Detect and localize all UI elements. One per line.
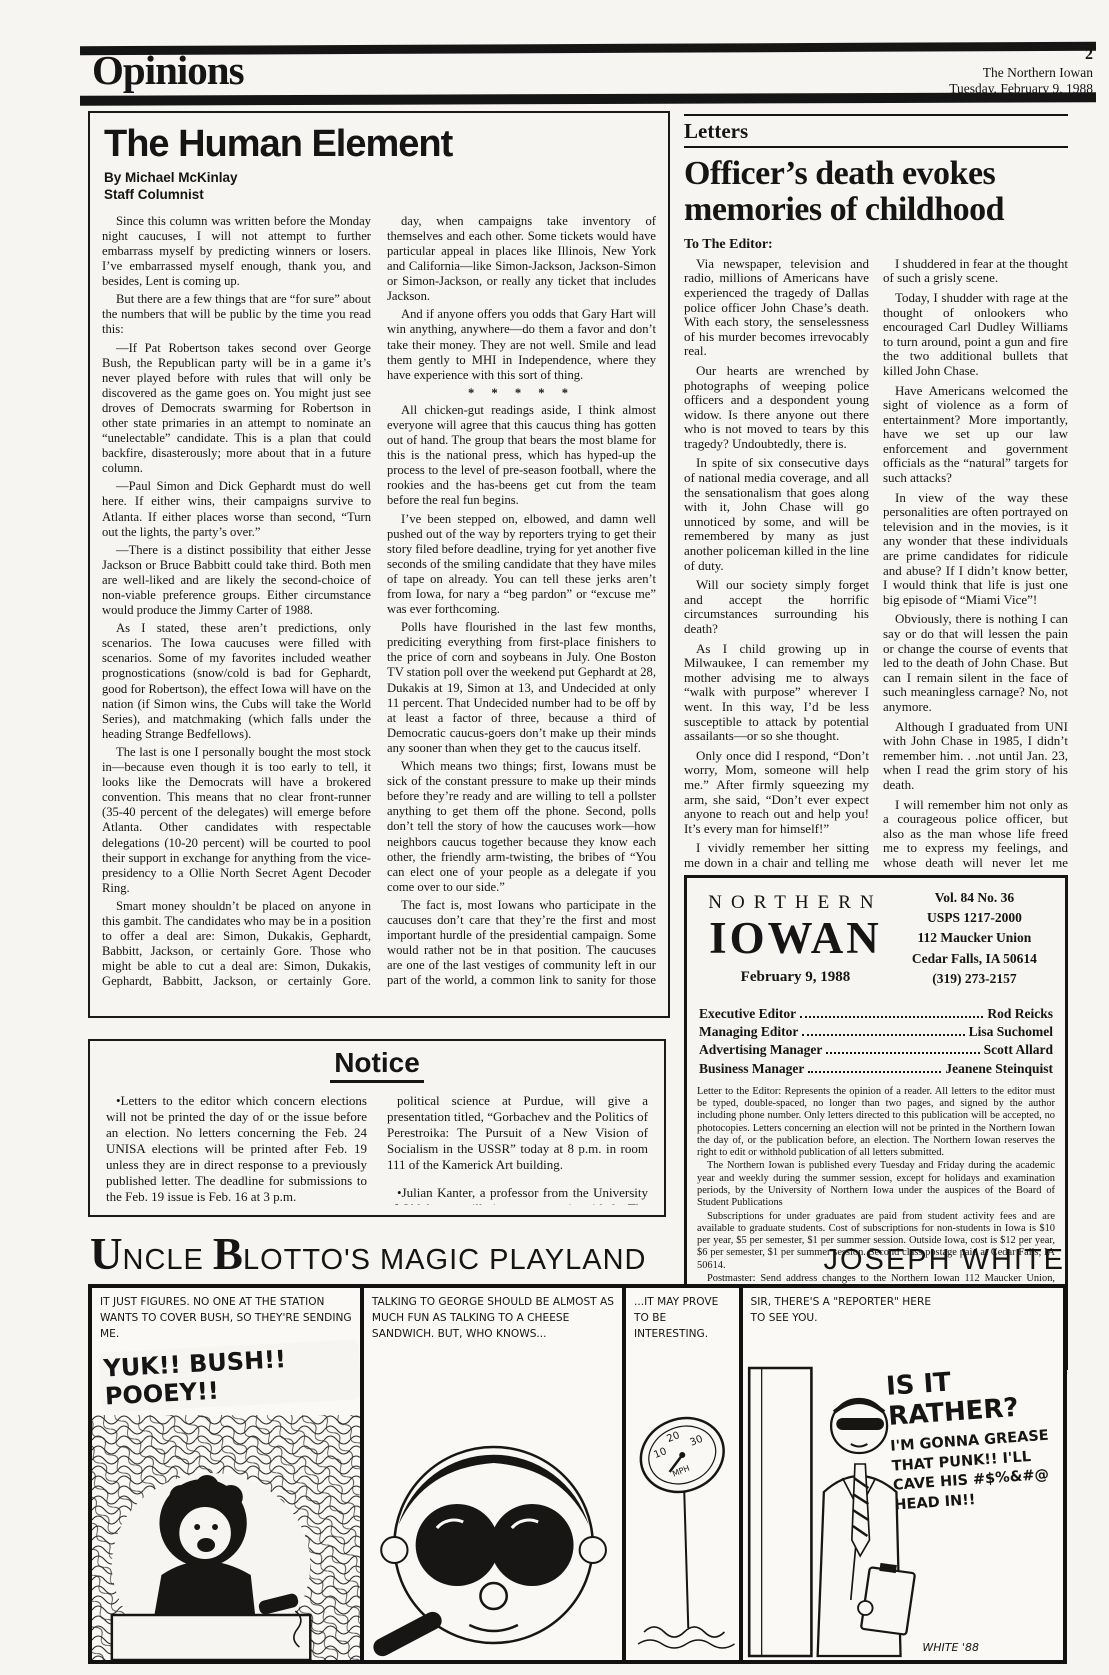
- staff-role: Executive Editor: [699, 1005, 796, 1023]
- letter-paragraph: I vividly remember her sitting me down i…: [684, 841, 869, 868]
- letter-columns: Via newspaper, television and radio, mil…: [684, 257, 1068, 869]
- article-paragraph: But there are a few things that are “for…: [102, 292, 371, 337]
- notice-item: political science at Purdue, will give a…: [387, 1093, 648, 1173]
- letter-headline: Officer’s death evokes memories of child…: [684, 156, 1068, 229]
- human-element-article: The Human Element By Michael McKinlay St…: [88, 111, 670, 1018]
- comic-title-row: UNCLE BLOTTO'S MAGIC PLAYLAND JOSEPH WHI…: [88, 1228, 1067, 1284]
- article-paragraph: And if anyone offers you odds that Gary …: [387, 307, 656, 382]
- letter-column-1: Via newspaper, television and radio, mil…: [684, 257, 869, 869]
- masthead-name-line2: IOWAN: [697, 916, 894, 961]
- page-number: 2: [949, 46, 1093, 65]
- dot-leader: [826, 1052, 979, 1054]
- article-column-2: day, when campaigns take inventory of th…: [387, 214, 656, 988]
- staff-role: Business Manager: [699, 1060, 804, 1078]
- article-paragraph: As I stated, these aren’t predictions, o…: [102, 621, 371, 742]
- letter-paragraph: Obviously, there is nothing I can say or…: [883, 612, 1068, 714]
- staff-row: Business Manager Jeanene Steinquist: [699, 1060, 1053, 1078]
- notice-title: Notice: [106, 1047, 648, 1083]
- dot-leader: [800, 1016, 983, 1018]
- headline-line-2: memories of childhood: [684, 191, 1004, 228]
- article-paragraph: I’ve been stepped on, elbowed, and damn …: [387, 512, 656, 618]
- panel4-caption: SIR, THERE'S A "REPORTER" HERE TO SEE YO…: [751, 1295, 940, 1327]
- panel2-caption: TALKING TO GEORGE SHOULD BE ALMOST AS MU…: [372, 1295, 614, 1343]
- header-bottom-rule: [80, 92, 1096, 106]
- staff-name: Jeanene Steinquist: [945, 1060, 1053, 1078]
- masthead-address-line2: Cedar Falls, IA 50614: [894, 949, 1055, 969]
- comic-panels: IT JUST FIGURES. NO ONE AT THE STATION W…: [88, 1284, 1067, 1664]
- staff-row: Executive Editor Rod Reicks: [699, 1005, 1053, 1023]
- letter-paragraph: Our hearts are wrenched by photographs o…: [684, 364, 869, 452]
- staff-list: Executive Editor Rod Reicks Managing Edi…: [699, 1005, 1053, 1078]
- uncle-blotto-drawing: [92, 1415, 360, 1660]
- section-title: Opinions: [92, 46, 244, 94]
- letter-paragraph: Although I graduated from UNI with John …: [883, 720, 1068, 793]
- staff-name: Rod Reicks: [987, 1005, 1053, 1023]
- byline-role: Staff Columnist: [104, 187, 656, 204]
- comic-panel-1: IT JUST FIGURES. NO ONE AT THE STATION W…: [92, 1288, 364, 1660]
- byline-author: By Michael McKinlay: [104, 170, 656, 187]
- article-paragraph: All chicken-gut readings aside, I think …: [387, 403, 656, 509]
- masthead-usps: USPS 1217-2000: [894, 908, 1055, 928]
- staff-name: Lisa Suchomel: [969, 1023, 1053, 1041]
- clock-gauge-drawing: 10 20 30 MPH: [626, 1360, 739, 1660]
- staff-row: Advertising Manager Scott Allard: [699, 1041, 1053, 1059]
- comic-panel-3: ...IT MAY PROVE TO BE INTERESTING. 10 20…: [626, 1288, 743, 1660]
- fine-print-paragraph: Letter to the Editor: Represents the opi…: [697, 1086, 1055, 1160]
- article-byline: By Michael McKinlay Staff Columnist: [104, 170, 656, 204]
- headline-line-1: Officer’s death evokes: [684, 155, 995, 192]
- letter-paragraph: In spite of six consecutive days of nati…: [684, 456, 869, 573]
- masthead-name-line1: NORTHERN: [697, 892, 894, 914]
- letter-paragraph: As I child growing up in Milwaukee, I ca…: [684, 642, 869, 744]
- masthead-top: NORTHERN IOWAN February 9, 1988 Vol. 84 …: [697, 884, 1055, 989]
- dot-leader: [802, 1034, 964, 1036]
- article-paragraph: —There is a distinct possibility that ei…: [102, 543, 371, 618]
- comic-panel-4: SIR, THERE'S A "REPORTER" HERE TO SEE YO…: [743, 1288, 1063, 1660]
- notice-column-2: political science at Purdue, will give a…: [387, 1093, 648, 1205]
- letter-paragraph: Will our society simply forget and accep…: [684, 578, 869, 636]
- article-paragraph: The fact is, most Iowans who participate…: [387, 898, 656, 988]
- article-paragraph: day, when campaigns take inventory of th…: [387, 214, 656, 305]
- staff-role: Managing Editor: [699, 1023, 798, 1041]
- article-paragraph: The last is one I personally bought the …: [102, 745, 371, 896]
- section-break-stars: * * * * *: [387, 386, 656, 401]
- comic-panel-2: TALKING TO GEORGE SHOULD BE ALMOST AS MU…: [364, 1288, 626, 1660]
- article-paragraph: Since this column was written before the…: [102, 214, 371, 289]
- article-paragraph: Smart money shouldn’t be placed on anyon…: [102, 899, 371, 988]
- letters-section: Letters Officer’s death evokes memories …: [684, 114, 1068, 1370]
- comic-author: JOSEPH WHITE: [823, 1244, 1065, 1277]
- masthead-phone: (319) 273-2157: [894, 969, 1055, 989]
- letter-paragraph: I shuddered in fear at the thought of su…: [883, 257, 1068, 286]
- reporter-man-drawing: [743, 1360, 919, 1660]
- fine-print-paragraph: The Northern Iowan is published every Tu…: [697, 1160, 1055, 1209]
- article-paragraph: —Paul Simon and Dick Gephardt must do we…: [102, 479, 371, 539]
- masthead-nameplate: NORTHERN IOWAN February 9, 1988: [697, 884, 894, 989]
- article-paragraph: —If Pat Robertson takes second over Geor…: [102, 341, 371, 477]
- letter-paragraph: Only once did I respond, “Don’t worry, M…: [684, 749, 869, 837]
- panel1-shout: YUK!! BUSH!! POOEY!!: [99, 1339, 362, 1413]
- masthead-publication-info: Vol. 84 No. 36 USPS 1217-2000 112 Maucke…: [894, 888, 1055, 989]
- masthead-address-line1: 112 Maucker Union: [894, 928, 1055, 948]
- notice-item: •Julian Kanter, a professor from the Uni…: [387, 1185, 648, 1205]
- staff-row: Managing Editor Lisa Suchomel: [699, 1023, 1053, 1041]
- letter-salutation: To The Editor:: [684, 237, 1068, 253]
- notice-column-1: •Letters to the editor which concern ele…: [106, 1093, 367, 1205]
- letter-paragraph: Have Americans welcomed the sight of vio…: [883, 384, 1068, 486]
- notice-box: Notice •Letters to the editor which conc…: [88, 1039, 666, 1217]
- header-right: 2 The Northern Iowan Tuesday, February 9…: [949, 46, 1093, 97]
- letter-column-2: I shuddered in fear at the thought of su…: [883, 257, 1068, 869]
- letters-label: Letters: [684, 114, 1068, 148]
- article-paragraph: Polls have flourished in the last few mo…: [387, 620, 656, 756]
- newspaper-page: Opinions 2 The Northern Iowan Tuesday, F…: [0, 0, 1109, 1675]
- staff-name: Scott Allard: [984, 1041, 1053, 1059]
- panel3-caption: ...IT MAY PROVE TO BE INTERESTING.: [634, 1295, 731, 1343]
- paper-name: The Northern Iowan: [949, 65, 1093, 81]
- panel1-caption: IT JUST FIGURES. NO ONE AT THE STATION W…: [100, 1295, 352, 1343]
- letter-paragraph: I will remember him not only as a courag…: [883, 798, 1068, 869]
- masthead-date: February 9, 1988: [697, 969, 894, 986]
- masthead-volume: Vol. 84 No. 36: [894, 888, 1055, 908]
- comic-strip: UNCLE BLOTTO'S MAGIC PLAYLAND JOSEPH WHI…: [88, 1228, 1067, 1664]
- article-column-1: Since this column was written before the…: [102, 214, 371, 988]
- staff-role: Advertising Manager: [699, 1041, 822, 1059]
- article-columns: Since this column was written before the…: [102, 214, 656, 988]
- notice-item: •Letters to the editor which concern ele…: [106, 1093, 367, 1205]
- comic-title: UNCLE BLOTTO'S MAGIC PLAYLAND: [90, 1228, 647, 1280]
- letter-paragraph: In view of the way these personalities a…: [883, 491, 1068, 608]
- letter-paragraph: Via newspaper, television and radio, mil…: [684, 257, 869, 359]
- letter-paragraph: Today, I shudder with rage at the though…: [883, 291, 1068, 379]
- comic-signature: WHITE '88: [922, 1641, 979, 1654]
- article-title: The Human Element: [104, 123, 656, 166]
- notice-columns: •Letters to the editor which concern ele…: [106, 1093, 648, 1205]
- george-sunglasses-drawing: [364, 1410, 622, 1660]
- article-paragraph: Which means two things; first, Iowans mu…: [387, 759, 656, 895]
- dot-leader: [808, 1071, 941, 1073]
